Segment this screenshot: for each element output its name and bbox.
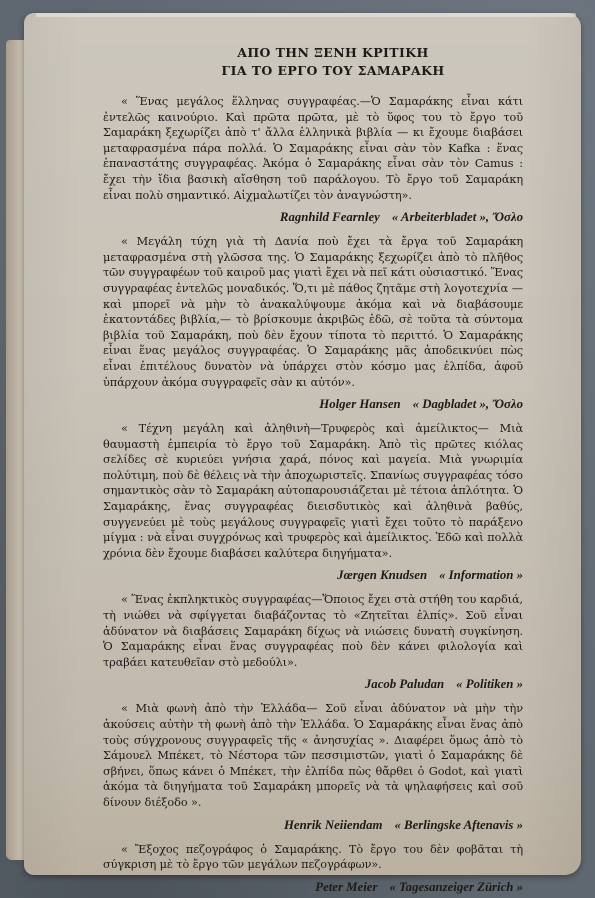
review-3: « Τέχνη μεγάλη καὶ ἀληθινὴ—Τρυφερὸς καὶ … <box>103 421 523 583</box>
page-title: ΑΠΟ ΤΗΝ ΞΕΝΗ ΚΡΙΤΙΚΗ ΓΙΑ ΤΟ ΕΡΓΟ ΤΟΥ ΣΑΜ… <box>143 44 523 80</box>
review-quote: « Τέχνη μεγάλη καὶ ἀληθινὴ—Τρυφερὸς καὶ … <box>103 421 523 561</box>
review-source: « Berlingske Aftenavis » <box>394 818 523 832</box>
review-2: « Μεγάλη τύχη γιὰ τὴ Δανία ποὺ ἔχει τὰ ἔ… <box>103 234 523 412</box>
page-content: ΑΠΟ ΤΗΝ ΞΕΝΗ ΚΡΙΤΙΚΗ ΓΙΑ ΤΟ ΕΡΓΟ ΤΟΥ ΣΑΜ… <box>103 44 523 898</box>
review-quote: « Ἔξοχος πεζογράφος ὁ Σαμαράκης. Τὸ ἔργο… <box>103 842 523 873</box>
review-author: Holger Hansen <box>319 397 400 411</box>
page-top-edge <box>36 13 576 17</box>
review-attribution: Holger Hansen« Dagbladet », Ὄσλο <box>103 396 523 412</box>
title-line-1: ΑΠΟ ΤΗΝ ΞΕΝΗ ΚΡΙΤΙΚΗ <box>143 44 523 62</box>
review-quote: « Μεγάλη τύχη γιὰ τὴ Δανία ποὺ ἔχει τὰ ἔ… <box>103 234 523 390</box>
review-attribution: Peter Meier« Tagesanzeiger Zürich » <box>103 879 523 895</box>
review-attribution: Henrik Neiiendam« Berlingske Aftenavis » <box>103 817 523 833</box>
review-source: « Dagbladet », Ὄσλο <box>413 397 523 411</box>
title-line-2: ΓΙΑ ΤΟ ΕΡΓΟ ΤΟΥ ΣΑΜΑΡΑΚΗ <box>143 62 523 80</box>
review-attribution: Ragnhild Fearnley« Arbeiterbladet », Ὄσλ… <box>103 209 523 225</box>
review-author: Ragnhild Fearnley <box>280 210 380 224</box>
review-author: Jœrgen Knudsen <box>337 568 427 582</box>
review-source: « Tagesanzeiger Zürich » <box>389 880 523 894</box>
review-author: Peter Meier <box>315 880 377 894</box>
review-source: « Politiken » <box>456 677 523 691</box>
review-author: Jacob Paludan <box>365 677 444 691</box>
review-attribution: Jacob Paludan« Politiken » <box>103 676 523 692</box>
review-quote: « Ἕνας ἐκπληκτικὸς συγγραφέας—Ὅποιος ἔχε… <box>103 592 523 670</box>
review-4: « Ἕνας ἐκπληκτικὸς συγγραφέας—Ὅποιος ἔχε… <box>103 592 523 692</box>
review-source: « Arbeiterbladet », Ὄσλο <box>392 210 523 224</box>
review-author: Henrik Neiiendam <box>284 818 382 832</box>
review-5: « Μιὰ φωνὴ ἀπὸ τὴν Ἑλλάδα— Σοῦ εἶναι ἀδύ… <box>103 701 523 832</box>
review-attribution: Jœrgen Knudsen« Information » <box>103 567 523 583</box>
review-source: « Information » <box>439 568 523 582</box>
review-1: « Ἕνας μεγάλος ἕλληνας συγγραφέας.—Ὁ Σαμ… <box>103 94 523 225</box>
review-6: « Ἔξοχος πεζογράφος ὁ Σαμαράκης. Τὸ ἔργο… <box>103 842 523 895</box>
review-quote: « Ἕνας μεγάλος ἕλληνας συγγραφέας.—Ὁ Σαμ… <box>103 94 523 203</box>
review-quote: « Μιὰ φωνὴ ἀπὸ τὴν Ἑλλάδα— Σοῦ εἶναι ἀδύ… <box>103 701 523 810</box>
